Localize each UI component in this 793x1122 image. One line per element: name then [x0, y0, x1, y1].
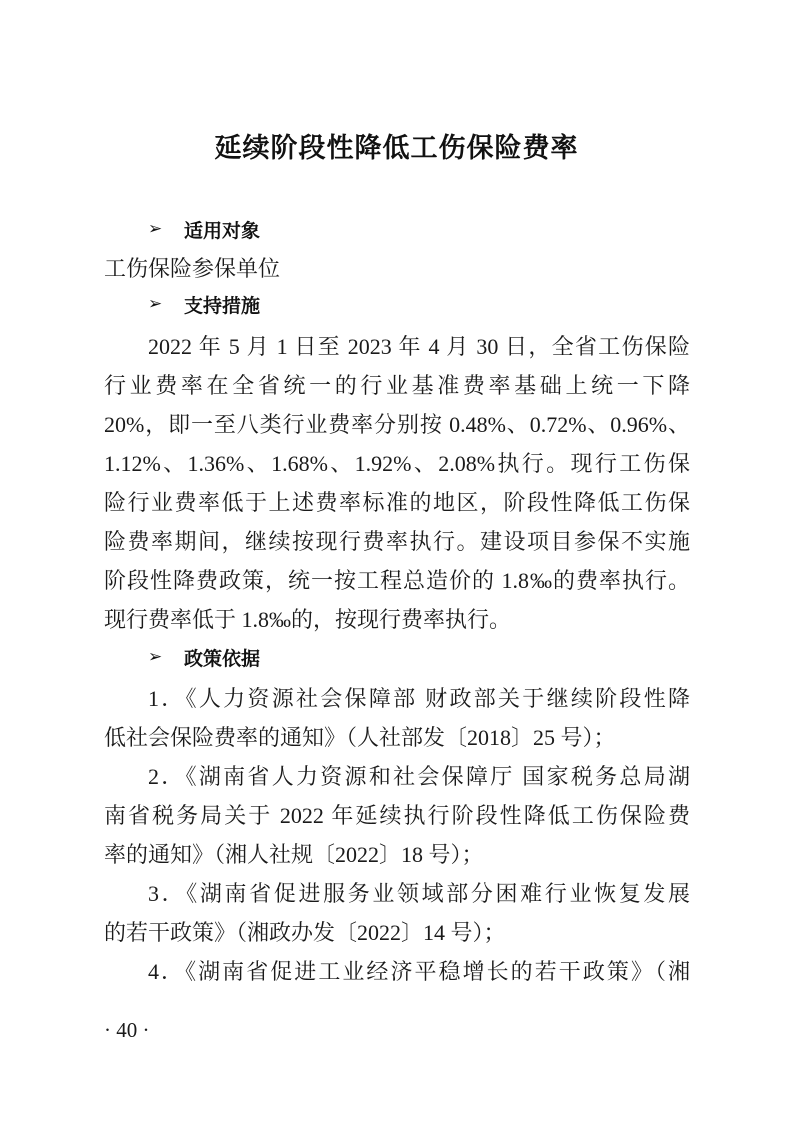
- arrow-bullet-icon: ➢: [148, 294, 184, 314]
- page-title: 延续阶段性降低工伤保险费率: [0, 131, 793, 167]
- policy-reference-line: 1．《人力资源社会保障部 财政部关于继续阶段性降: [148, 682, 690, 716]
- body-line: 行业费率在全省统一的行业基准费率基础上统一下降: [104, 369, 690, 403]
- policy-reference-line: 的若干政策》（湘政办发〔2022〕14 号）；: [104, 916, 690, 950]
- document-page: 延续阶段性降低工伤保险费率 ➢ 适用对象 工伤保险参保单位 ➢ 支持措施 202…: [0, 0, 793, 1122]
- body-line: 阶段性降费政策，统一按工程总造价的 1.8‰的费率执行。: [104, 564, 690, 598]
- section-heading-policy-basis: ➢ 政策依据: [148, 642, 260, 672]
- policy-reference-line: 率的通知》（湘人社规〔2022〕18 号）；: [104, 838, 690, 872]
- body-line: 1.12%、1.36%、1.68%、1.92%、2.08%执行。现行工伤保: [104, 447, 690, 481]
- section-heading-applicable-objects: ➢ 适用对象: [148, 214, 260, 244]
- section-heading-label: 政策依据: [184, 644, 260, 671]
- policy-reference-line: 南省税务局关于 2022 年延续执行阶段性降低工伤保险费: [104, 799, 690, 833]
- policy-reference-line: 2．《湖南省人力资源和社会保障厅 国家税务总局湖: [148, 760, 690, 794]
- page-number: · 40 ·: [104, 1015, 150, 1045]
- policy-reference-line: 4．《湖南省促进工业经济平稳增长的若干政策》（湘: [148, 955, 690, 989]
- body-line: 20%，即一至八类行业费率分别按 0.48%、0.72%、0.96%、: [104, 408, 690, 442]
- policy-reference-line: 低社会保险费率的通知》（人社部发〔2018〕25 号）；: [104, 721, 690, 755]
- arrow-bullet-icon: ➢: [148, 647, 184, 667]
- body-line: 险费率期间，继续按现行费率执行。建设项目参保不实施: [104, 525, 690, 559]
- policy-reference-line: 3．《湖南省促进服务业领域部分困难行业恢复发展: [148, 877, 690, 911]
- arrow-bullet-icon: ➢: [148, 219, 184, 239]
- body-line: 险行业费率低于上述费率标准的地区，阶段性降低工伤保: [104, 486, 690, 520]
- section-heading-label: 支持措施: [184, 291, 260, 318]
- body-line: 工伤保险参保单位: [104, 252, 690, 286]
- section-heading-label: 适用对象: [184, 216, 260, 243]
- body-line: 现行费率低于 1.8‰的，按现行费率执行。: [104, 603, 690, 637]
- body-line: 2022 年 5 月 1 日至 2023 年 4 月 30 日，全省工伤保险: [148, 330, 690, 364]
- section-heading-support-measures: ➢ 支持措施: [148, 289, 260, 319]
